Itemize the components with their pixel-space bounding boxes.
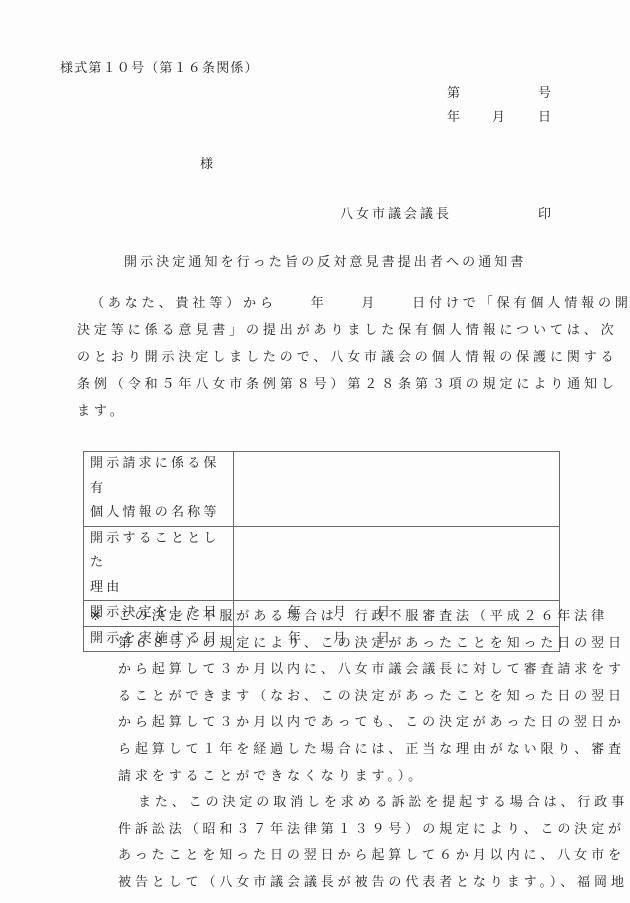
note-line: ることができます（なお、この決定があったことを知った日の翌日 <box>90 684 570 711</box>
reason-value-cell <box>234 526 560 601</box>
note-line: 第６８号）の規定により、この決定があったことを知った日の翌日 <box>90 631 570 658</box>
issue-date-day: 日 <box>538 111 551 124</box>
body-line: （あなた、貴社等）から 年 月 日付けで「保有個人情報の開示 <box>77 290 567 317</box>
seal-mark: 印 <box>538 208 551 221</box>
form-number: 様式第１０号（第１６条関係） <box>60 62 259 75</box>
note-line: ら起算して１年を経過した場合には、正当な理由がない限り、審査 <box>90 737 570 764</box>
document-number-suffix: 号 <box>538 87 551 100</box>
table-label-cell: 開示請求に係る保有 個人情報の名称等 <box>84 452 234 527</box>
label-line: 理由 <box>90 576 233 601</box>
document-title: 開示決定通知を行った旨の反対意見書提出者への通知書 <box>124 256 527 269</box>
addressee: 様 <box>200 158 213 171</box>
table-row: 開示請求に係る保有 個人情報の名称等 <box>84 452 560 527</box>
note-line: 被告として（八女市議会議長が被告の代表者となります。）、福岡地 <box>90 870 570 897</box>
body-line: のとおり開示決定しましたので、八女市議会の個人情報の保護に関する <box>77 344 567 371</box>
label-line: 開示請求に係る保有 <box>90 452 233 501</box>
body-line: ます。 <box>77 398 567 425</box>
reference-mark-icon: ※ <box>90 604 118 631</box>
note-line: あったことを知った日の翌日から起算して６か月以内に、八女市を <box>90 843 570 870</box>
label-line: 開示することとした <box>90 527 233 576</box>
body-line: 決定等に係る意見書」の提出がありました保有個人情報については、次 <box>77 317 567 344</box>
note-line: から起算して３か月以内に、八女市議会議長に対して審査請求をす <box>90 657 570 684</box>
sender-name: 八女市議会議長 <box>340 208 452 221</box>
document-number-prefix: 第 <box>447 87 460 100</box>
label-line: 個人情報の名称等 <box>90 501 233 526</box>
appeal-note: ※この決定に不服がある場合は、行政不服審査法（平成２６年法律 第６８号）の規定に… <box>90 604 570 897</box>
body-line: 条例（令和５年八女市条例第８号）第２８条第３項の規定により通知し <box>77 371 567 398</box>
note-line: 件訴訟法（昭和３７年法律第１３９号）の規定により、この決定が <box>90 817 570 844</box>
issue-date-month: 月 <box>492 111 505 124</box>
note-line: から起算して３か月以内であっても、この決定があった日の翌日か <box>90 710 570 737</box>
issue-date-year: 年 <box>447 111 460 124</box>
body-paragraph: （あなた、貴社等）から 年 月 日付けで「保有個人情報の開示 決定等に係る意見書… <box>77 290 567 425</box>
note-line: また、この決定の取消しを求める訴訟を提起する場合は、行政事 <box>90 790 570 817</box>
table-row: 開示することとした 理由 <box>84 526 560 601</box>
info-name-value-cell <box>234 452 560 527</box>
table-label-cell: 開示することとした 理由 <box>84 526 234 601</box>
note-line: 請求をすることができなくなります。）。 <box>90 764 570 791</box>
note-line: ※この決定に不服がある場合は、行政不服審査法（平成２６年法律 <box>90 604 570 631</box>
